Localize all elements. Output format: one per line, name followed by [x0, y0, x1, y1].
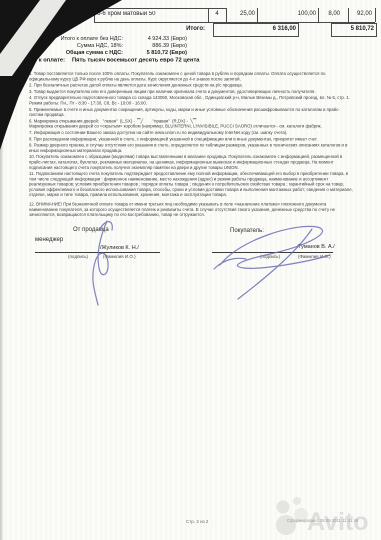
table-vline — [257, 8, 258, 22]
avito-watermark-logo: Avito — [272, 492, 378, 538]
itogo-label: Итого: — [165, 26, 205, 32]
fold-shadow-triangle — [0, 0, 122, 150]
buyer-ink-stroke — [220, 226, 330, 268]
term-item: 10. Покупатель ознакомлен с образцами (м… — [29, 154, 353, 170]
itogo-value-1: 6 316,00 — [218, 26, 296, 32]
avito-logo-circle-small — [293, 497, 301, 505]
scanned-invoice-page: б-6 хром матовый 50 4 25,00 100,00 8,00 … — [0, 0, 381, 540]
page-number: Стр. 2 из 2 — [186, 519, 208, 524]
term-item: 11. Подписанием настоящего счета покупат… — [29, 171, 353, 197]
item-price-cell: 25,00 — [215, 11, 255, 17]
scan-corner-fold — [0, 0, 135, 155]
item-total-cell: 92,00 — [332, 11, 372, 17]
handwritten-signatures — [0, 213, 381, 313]
buyer-ink-tail — [238, 229, 312, 299]
seller-ink-stroke — [93, 221, 108, 305]
avito-logo-circle-medium — [277, 501, 290, 514]
generated-timestamp: Сформировано: 28.09.2011 11:41:46 — [287, 518, 358, 523]
table-vline — [375, 8, 376, 22]
itogo-value-2: 5 810,72 — [336, 26, 374, 32]
